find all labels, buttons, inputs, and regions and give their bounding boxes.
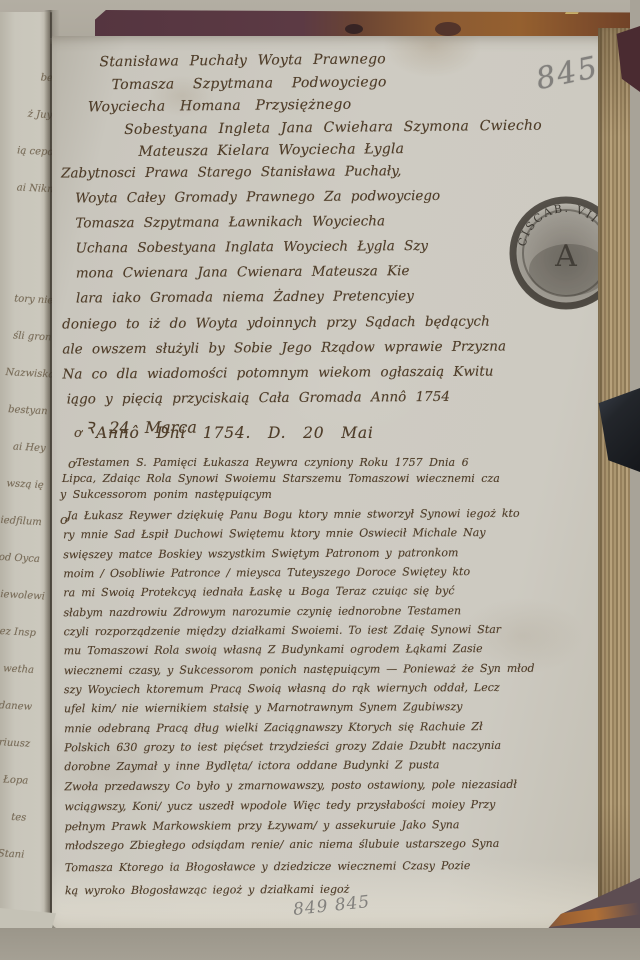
backdrop-right bbox=[630, 0, 640, 960]
cover-dark-spot bbox=[435, 22, 461, 36]
manuscript-line: Uchana Sobestyana Inglata Woyciech Łygla… bbox=[76, 238, 506, 266]
manuscript-line: wciągwszy, Koni/ yucz uszedł wpodole Wię… bbox=[64, 798, 535, 820]
manuscript-line: Tomasza Szpytmana Ławnikach Woyciecha bbox=[75, 213, 505, 241]
manuscript-line: Zabytnosci Prawa Starego Stanisława Puch… bbox=[61, 162, 505, 190]
manuscript-line: szy Woyciech ktoremum Pracą Swoią własną… bbox=[64, 681, 535, 703]
manuscript-line: Tomasza Ktorego ia Błogosławce y dziedzi… bbox=[65, 859, 536, 881]
manuscript-line: Ja Łukasz Reywer dziękuię Panu Bogu ktor… bbox=[67, 507, 534, 529]
anno-dni-heading: Annô Dni 1754. D. 20 Mai bbox=[96, 424, 374, 442]
manuscript-line: ufel kim/ nie wiernikiem stałsię y Marno… bbox=[64, 700, 535, 722]
manuscript-line: lara iako Gromada niema Żadney Pretencyi… bbox=[76, 288, 506, 316]
text-fragment: bestyan bbox=[2, 404, 48, 443]
manuscript-line: Zwoła przedawszy Co było y zmarnowawszy,… bbox=[64, 778, 535, 800]
manuscript-line: iągo y pięcią przyciskaią Cała Gromada A… bbox=[67, 388, 507, 416]
text-fragment: Nazwiska bbox=[4, 367, 50, 406]
text-fragment: od Oyca bbox=[0, 552, 40, 591]
manuscript-line: moim / Osobliwie Patronce / mieysca Tute… bbox=[63, 565, 534, 587]
testament-body-block: Ja Łukasz Reywer dziękuię Panu Bogu ktor… bbox=[63, 507, 536, 903]
text-fragment: iedfilum bbox=[0, 515, 42, 554]
manuscript-line: mona Cwienara Jana Cwienara Mateusza Kie bbox=[76, 263, 506, 291]
manuscript-line: wiecznemi czasy, y Sukcessorom ponich na… bbox=[64, 662, 535, 684]
testament-intro-block: Testamen S. Pamięci Łukasza Reywra czyni… bbox=[76, 456, 500, 503]
header-names-block: Stanisława Puchały Woyta PrawnegoTomasza… bbox=[87, 50, 542, 168]
paragraph-mark: ơ bbox=[68, 457, 76, 472]
manuscript-line: y Sukcessorom ponim następuiącym bbox=[60, 488, 500, 504]
manuscript-line: Testamen S. Pamięci Łukasza Reywra czyni… bbox=[76, 456, 500, 472]
manuscript-line: ale owszem służyli by Sobie Jego Rządow … bbox=[62, 338, 506, 366]
text-fragment: wetha bbox=[0, 663, 34, 702]
manuscript-line: pełnym Prawk Markowskiem przy Łzywam/ y … bbox=[65, 817, 536, 839]
text-fragment: ai Hey bbox=[0, 441, 46, 480]
paragraph-mark: ơ bbox=[74, 426, 82, 441]
text-fragment: Łopa bbox=[0, 773, 28, 812]
manuscript-line: młodszego Zbiegłego odsiądam renie/ anic… bbox=[65, 837, 536, 859]
text-fragment: Stani bbox=[0, 847, 25, 886]
backdrop-bottom bbox=[0, 928, 640, 960]
text-fragment: iriuusz bbox=[0, 736, 30, 775]
cover-dark-spot bbox=[345, 24, 363, 34]
manuscript-line: słabym nazdrowiu Zdrowym narozumie czyni… bbox=[63, 603, 534, 625]
manuscript-line: doniego to iż do Woyta ydoinnych przy Są… bbox=[62, 313, 506, 341]
previous-page-edge: bekoż Juyroią ceporożai Niknytory nieśli… bbox=[0, 12, 50, 927]
manuscript-page: 845 Stanisława Puchały Woyta PrawnegoTom… bbox=[52, 36, 604, 929]
manuscript-line: swięszey matce Boskiey wszystkim Swiętym… bbox=[63, 545, 534, 567]
manuscript-line: Woyta Całey Gromady Prawnego Za podwoyci… bbox=[75, 188, 505, 216]
cover-damage-fleck bbox=[565, 4, 581, 14]
text-fragment: tez Insp bbox=[0, 626, 36, 665]
manuscript-line: Polskich 630 grozy to iest pięćset trzyd… bbox=[64, 739, 535, 761]
manuscript-line: czyli rozporządzenie między działkami Sw… bbox=[64, 623, 535, 645]
manuscript-line: Lipca, Zdaiąc Rola Synowi Swoiemu Starsz… bbox=[62, 472, 500, 488]
pencil-folio-number-top: 845 bbox=[533, 50, 602, 97]
text-fragment: odanew bbox=[0, 700, 32, 739]
stamp-center-glyph: A bbox=[554, 239, 577, 274]
text-fragment: niewolewi bbox=[0, 589, 38, 628]
manuscript-line: ry mnie Sad Łspił Duchowi Swiętemu ktory… bbox=[63, 526, 534, 548]
text-fragment: wszą ię bbox=[0, 478, 44, 517]
photo-backdrop: bekoż Juyroią ceporożai Niknytory nieśli… bbox=[0, 0, 640, 960]
manuscript-line: mu Tomaszowi Rola swoią własną Z Budynka… bbox=[64, 642, 535, 664]
text-fragment: tes bbox=[0, 810, 27, 849]
book-fore-edge bbox=[598, 28, 632, 940]
record-1754-block: Zabytnosci Prawa Starego Stanisława Puch… bbox=[61, 162, 507, 441]
manuscript-line: ra mi Swoią Protekcyą iednała Łaskę u Bo… bbox=[63, 584, 534, 606]
manuscript-line: dorobne Zaymał y inne Bydlęta/ ictora od… bbox=[64, 758, 535, 780]
manuscript-line: mnie odebraną Pracą dług wielki Zaciągna… bbox=[64, 720, 535, 742]
manuscript-line: Na co dla wiadomości potomnym wiekom ogł… bbox=[62, 363, 506, 391]
